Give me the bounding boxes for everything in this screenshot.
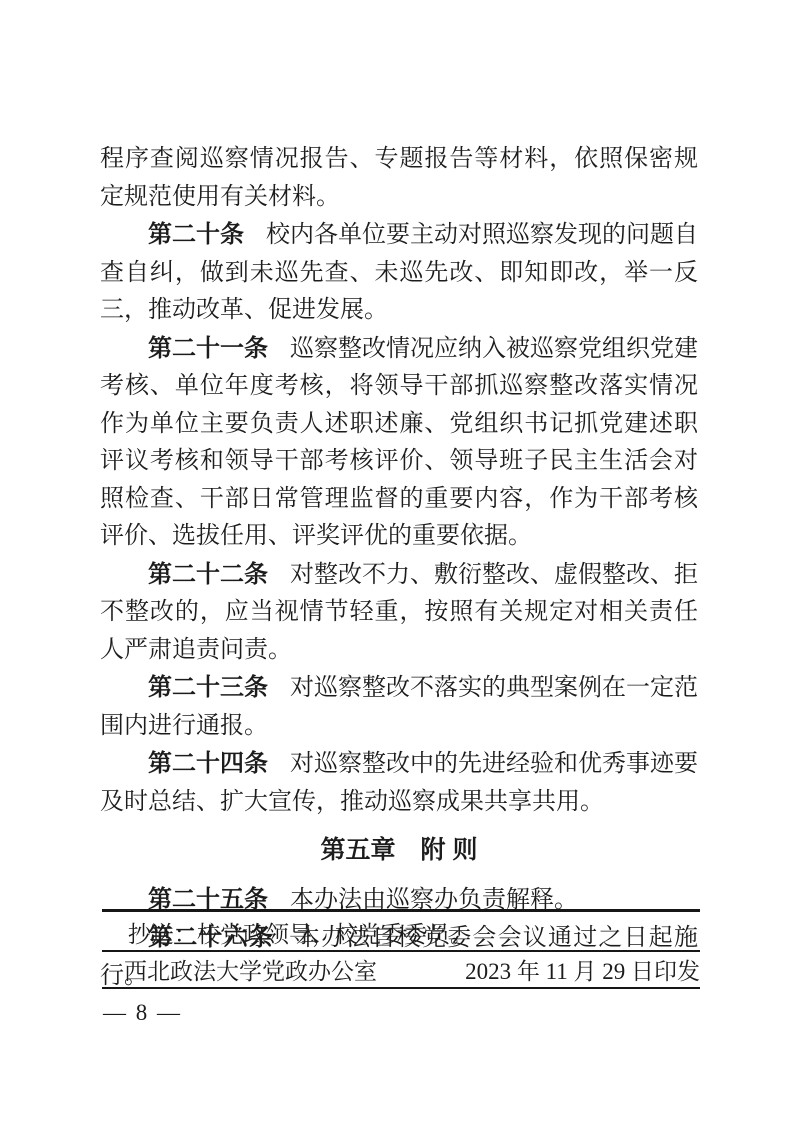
- article-25: 第二十五条本办法由巡察办负责解释。: [100, 881, 698, 920]
- paragraph-continuation: 程序查阅巡察情况报告、专题报告等材料，依照保密规定规范使用有关材料。: [100, 141, 698, 216]
- cc-line: 抄送：校党政领导，校党委委员。: [128, 921, 698, 949]
- issuer-row: 西北政法大学党政办公室 2023 年 11 月 29 日印发: [102, 958, 700, 986]
- article-20-number: 第二十条: [148, 221, 244, 248]
- article-23-number: 第二十三条: [148, 674, 268, 701]
- print-date: 2023 年 11 月 29 日印发: [465, 958, 700, 986]
- issuing-office: 西北政法大学党政办公室: [102, 958, 377, 986]
- footer-rule-middle: [102, 950, 700, 952]
- article-23: 第二十三条对巡察整改不落实的典型案例在一定范围内进行通报。: [100, 669, 698, 745]
- document-page: 程序查阅巡察情况报告、专题报告等材料，依照保密规定规范使用有关材料。 第二十条校…: [0, 0, 793, 1122]
- page-number: — 8 —: [103, 999, 182, 1027]
- chapter-heading: 第五章 附 则: [100, 832, 698, 870]
- document-body: 程序查阅巡察情况报告、专题报告等材料，依照保密规定规范使用有关材料。 第二十条校…: [100, 141, 698, 995]
- article-20: 第二十条校内各单位要主动对照巡察发现的问题自查自纠，做到未巡先查、未巡先改、即知…: [100, 216, 698, 330]
- article-24: 第二十四条对巡察整改中的先进经验和优秀事迹要及时总结、扩大宣传，推动巡察成果共享…: [100, 745, 698, 821]
- article-21-text: 巡察整改情况应纳入被巡察党组织党建考核、单位年度考核，将领导干部抓巡察整改落实情…: [100, 336, 698, 550]
- article-24-number: 第二十四条: [148, 750, 268, 777]
- article-21-number: 第二十一条: [148, 335, 268, 362]
- article-22: 第二十二条对整改不力、敷衍整改、虚假整改、拒不整改的，应当视情节轻重，按照有关规…: [100, 556, 698, 670]
- footer-rule-top: [102, 909, 700, 912]
- article-21: 第二十一条巡察整改情况应纳入被巡察党组织党建考核、单位年度考核，将领导干部抓巡察…: [100, 330, 698, 556]
- article-22-number: 第二十二条: [148, 561, 268, 588]
- footer-rule-bottom: [102, 987, 700, 989]
